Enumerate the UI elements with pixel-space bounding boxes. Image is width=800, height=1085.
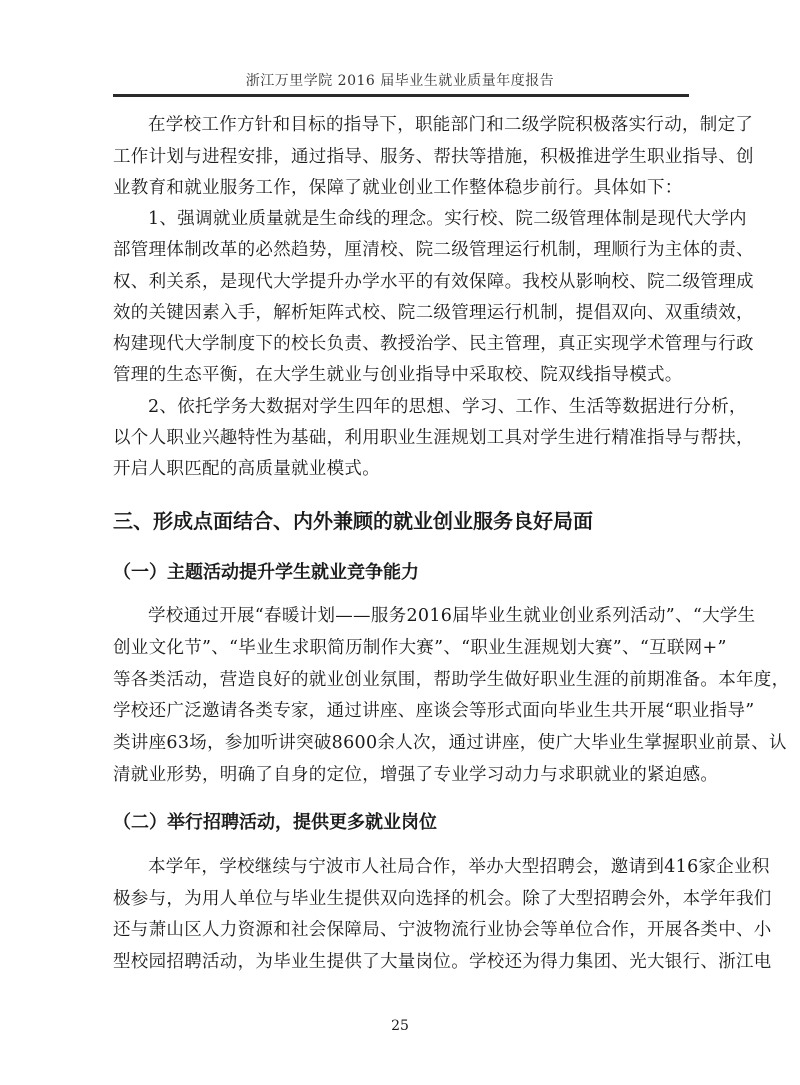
- section-heading: 三、形成点面结合、内外兼顾的就业创业服务良好局面: [113, 505, 593, 534]
- subsection-heading: （二）举行招聘活动，提供更多就业岗位: [113, 808, 437, 834]
- paragraph-line: 业教育和就业服务工作，保障了就业创业工作整体稳步前行。具体如下：: [113, 176, 689, 200]
- paragraph-line: 管理的生态平衡，在大学生就业与创业指导中采取校、院双线指导模式。: [113, 363, 689, 387]
- subsection-heading: （一）主题活动提升学生就业竞争能力: [113, 558, 419, 584]
- paragraph-line: 极参与，为用人单位与毕业生提供双向选择的机会。除了大型招聘会外，本学年我们: [113, 887, 689, 911]
- paragraph-line: 还与萧山区人力资源和社会保障局、宁波物流行业协会等单位合作，开展各类中、小: [113, 918, 689, 942]
- paragraph-line: 构建现代大学制度下的校长负责、教授治学、民主管理，真正实现学术管理与行政: [113, 332, 689, 356]
- running-header: 浙江万里学院 2016 届毕业生就业质量年度报告: [0, 70, 800, 90]
- paragraph-line: 类讲座63场，参加听讲突破8600余人次，通过讲座，使广大毕业生掌握职业前景、认: [113, 731, 689, 755]
- paragraph-line: 效的关键因素入手，解析矩阵式校、院二级管理运行机制，提倡双向、双重绩效，: [113, 301, 689, 325]
- paragraph-line: 2、依托学务大数据对学生四年的思想、学习、工作、生活等数据进行分析，: [148, 395, 689, 419]
- paragraph-line: 创业文化节”、“毕业生求职简历制作大赛”、“职业生涯规划大赛”、“互联网+”: [113, 636, 689, 660]
- paragraph-line: 权、利关系，是现代大学提升办学水平的有效保障。我校从影响校、院二级管理成: [113, 270, 689, 294]
- paragraph-line: 型校园招聘活动，为毕业生提供了大量岗位。学校还为得力集团、光大银行、浙江电: [113, 950, 689, 974]
- paragraph-line: 清就业形势，明确了自身的定位，增强了专业学习动力与求职就业的紧迫感。: [113, 763, 689, 787]
- paragraph-line: 学校通过开展“春暖计划——服务2016届毕业生就业创业系列活动”、“大学生: [148, 604, 689, 628]
- paragraph-line: 部管理体制改革的必然趋势，厘清校、院二级管理运行机制，理顺行为主体的责、: [113, 238, 689, 262]
- paragraph-line: 开启人职匹配的高质量就业模式。: [113, 457, 689, 481]
- paragraph-line: 以个人职业兴趣特性为基础，利用职业生涯规划工具对学生进行精准指导与帮扶，: [113, 426, 689, 450]
- paragraph-line: 本学年，学校继续与宁波市人社局合作，举办大型招聘会，邀请到416家企业积: [148, 855, 689, 879]
- header-divider: [113, 94, 689, 97]
- paragraph-line: 等各类活动，营造良好的就业创业氛围，帮助学生做好职业生涯的前期准备。本年度，: [113, 668, 689, 692]
- paragraph-line: 工作计划与进程安排，通过指导、服务、帮扶等措施，积极推进学生职业指导、创: [113, 145, 689, 169]
- paragraph-line: 在学校工作方针和目标的指导下，职能部门和二级学院积极落实行动，制定了: [148, 113, 689, 137]
- paragraph-line: 学校还广泛邀请各类专家，通过讲座、座谈会等形式面向毕业生共开展“职业指导”: [113, 699, 689, 723]
- page-number: 25: [0, 1018, 800, 1034]
- paragraph-line: 1、强调就业质量就是生命线的理念。实行校、院二级管理体制是现代大学内: [148, 207, 689, 231]
